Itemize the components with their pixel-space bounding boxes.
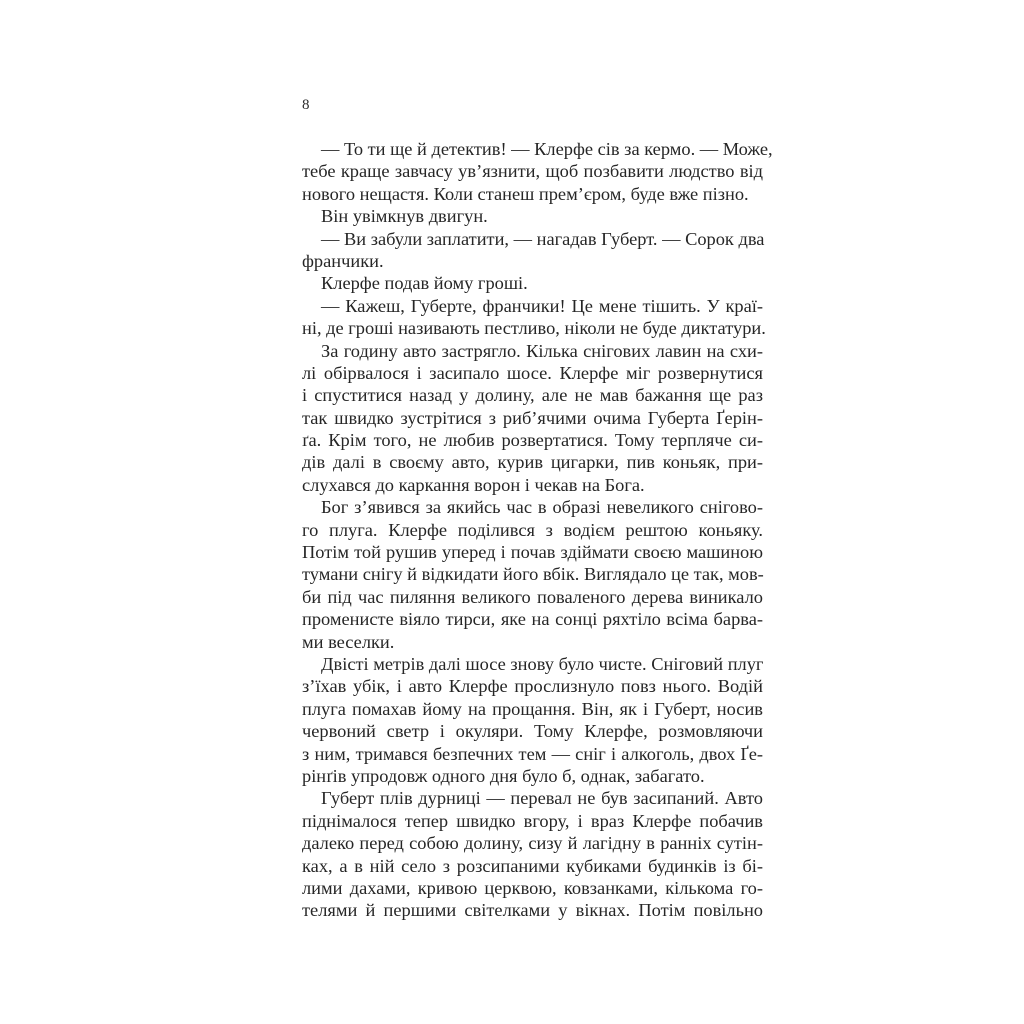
page-number: 8 bbox=[302, 96, 310, 114]
text-line: нового нещастя. Коли станеш прем’єром, б… bbox=[302, 183, 763, 205]
paragraph: — Кажеш, Губерте, франчики! Це мене тіши… bbox=[302, 295, 763, 340]
text-line: Він увімкнув двигун. bbox=[302, 205, 763, 227]
text-line: тебе краще завчасу ув’язнити, щоб позбав… bbox=[302, 160, 763, 182]
text-line: променисте віяло тирси, яке на сонці рях… bbox=[302, 608, 763, 630]
text-line: — Ви забули заплатити, — нагадав Губерт.… bbox=[302, 228, 763, 250]
text-line: ми веселки. bbox=[302, 631, 763, 653]
text-line: і спуститися назад у долину, але не мав … bbox=[302, 384, 763, 406]
text-line: франчики. bbox=[302, 250, 763, 272]
paragraph: Двісті метрів далі шосе знову було чисте… bbox=[302, 653, 763, 787]
text-line: би під час пиляння великого поваленого д… bbox=[302, 586, 763, 608]
text-line: Губерт плів дурниці — перевал не був зас… bbox=[302, 787, 763, 809]
text-line: дів далі в своєму авто, курив цигарки, п… bbox=[302, 451, 763, 473]
text-line: червоний светр і окуляри. Тому Клерфе, р… bbox=[302, 720, 763, 742]
text-line: За годину авто застрягло. Кілька снігови… bbox=[302, 340, 763, 362]
text-line: з ним, тримався безпечних тем — сніг і а… bbox=[302, 743, 763, 765]
text-line: з’їхав убік, і авто Клерфе прослизнуло п… bbox=[302, 675, 763, 697]
text-line: ні, де гроші називають пестливо, ніколи … bbox=[302, 317, 763, 339]
paragraph: — Ви забули заплатити, — нагадав Губерт.… bbox=[302, 228, 763, 273]
text-line: — То ти ще й детектив! — Клерфе сів за к… bbox=[302, 138, 763, 160]
text-line: так швидко зустрітися з риб’ячими очима … bbox=[302, 407, 763, 429]
text-line: ках, а в ній село з розсипаними кубиками… bbox=[302, 855, 763, 877]
paragraph: Губерт плів дурниці — перевал не був зас… bbox=[302, 787, 763, 921]
text-line: піднімалося тепер швидко вгору, і враз К… bbox=[302, 810, 763, 832]
text-line: плуга помахав йому на прощання. Він, як … bbox=[302, 698, 763, 720]
text-line: лі обірвалося і засипало шосе. Клерфе мі… bbox=[302, 362, 763, 384]
paragraph: — То ти ще й детектив! — Клерфе сів за к… bbox=[302, 138, 763, 205]
text-line: ґа. Крім того, не любив розвертатися. То… bbox=[302, 429, 763, 451]
body-text: — То ти ще й детектив! — Клерфе сів за к… bbox=[302, 138, 763, 922]
text-line: Потім той рушив уперед і почав здіймати … bbox=[302, 541, 763, 563]
text-line: го плуга. Клерфе поділився з водієм решт… bbox=[302, 519, 763, 541]
text-line: тумани снігу й відкидати його вбік. Вигл… bbox=[302, 563, 763, 585]
paragraph: Клерфе подав йому гроші. bbox=[302, 272, 763, 294]
text-line: слухався до каркання ворон і чекав на Бо… bbox=[302, 474, 763, 496]
text-line: — Кажеш, Губерте, франчики! Це мене тіши… bbox=[302, 295, 763, 317]
text-line: Клерфе подав йому гроші. bbox=[302, 272, 763, 294]
paragraph: За годину авто застрягло. Кілька снігови… bbox=[302, 340, 763, 497]
text-line: Двісті метрів далі шосе знову було чисте… bbox=[302, 653, 763, 675]
text-line: рінґів упродовж одного дня було б, однак… bbox=[302, 765, 763, 787]
text-line: телями й першими світелками у вікнах. По… bbox=[302, 899, 763, 921]
paragraph: Бог з’явився за якийсь час в образі неве… bbox=[302, 496, 763, 653]
text-line: далеко перед собою долину, сизу й лагідн… bbox=[302, 832, 763, 854]
text-line: лими дахами, кривою церквою, ковзанками,… bbox=[302, 877, 763, 899]
paragraph: Він увімкнув двигун. bbox=[302, 205, 763, 227]
book-page: 8 — То ти ще й детектив! — Клерфе сів за… bbox=[0, 0, 1024, 1024]
text-line: Бог з’явився за якийсь час в образі неве… bbox=[302, 496, 763, 518]
